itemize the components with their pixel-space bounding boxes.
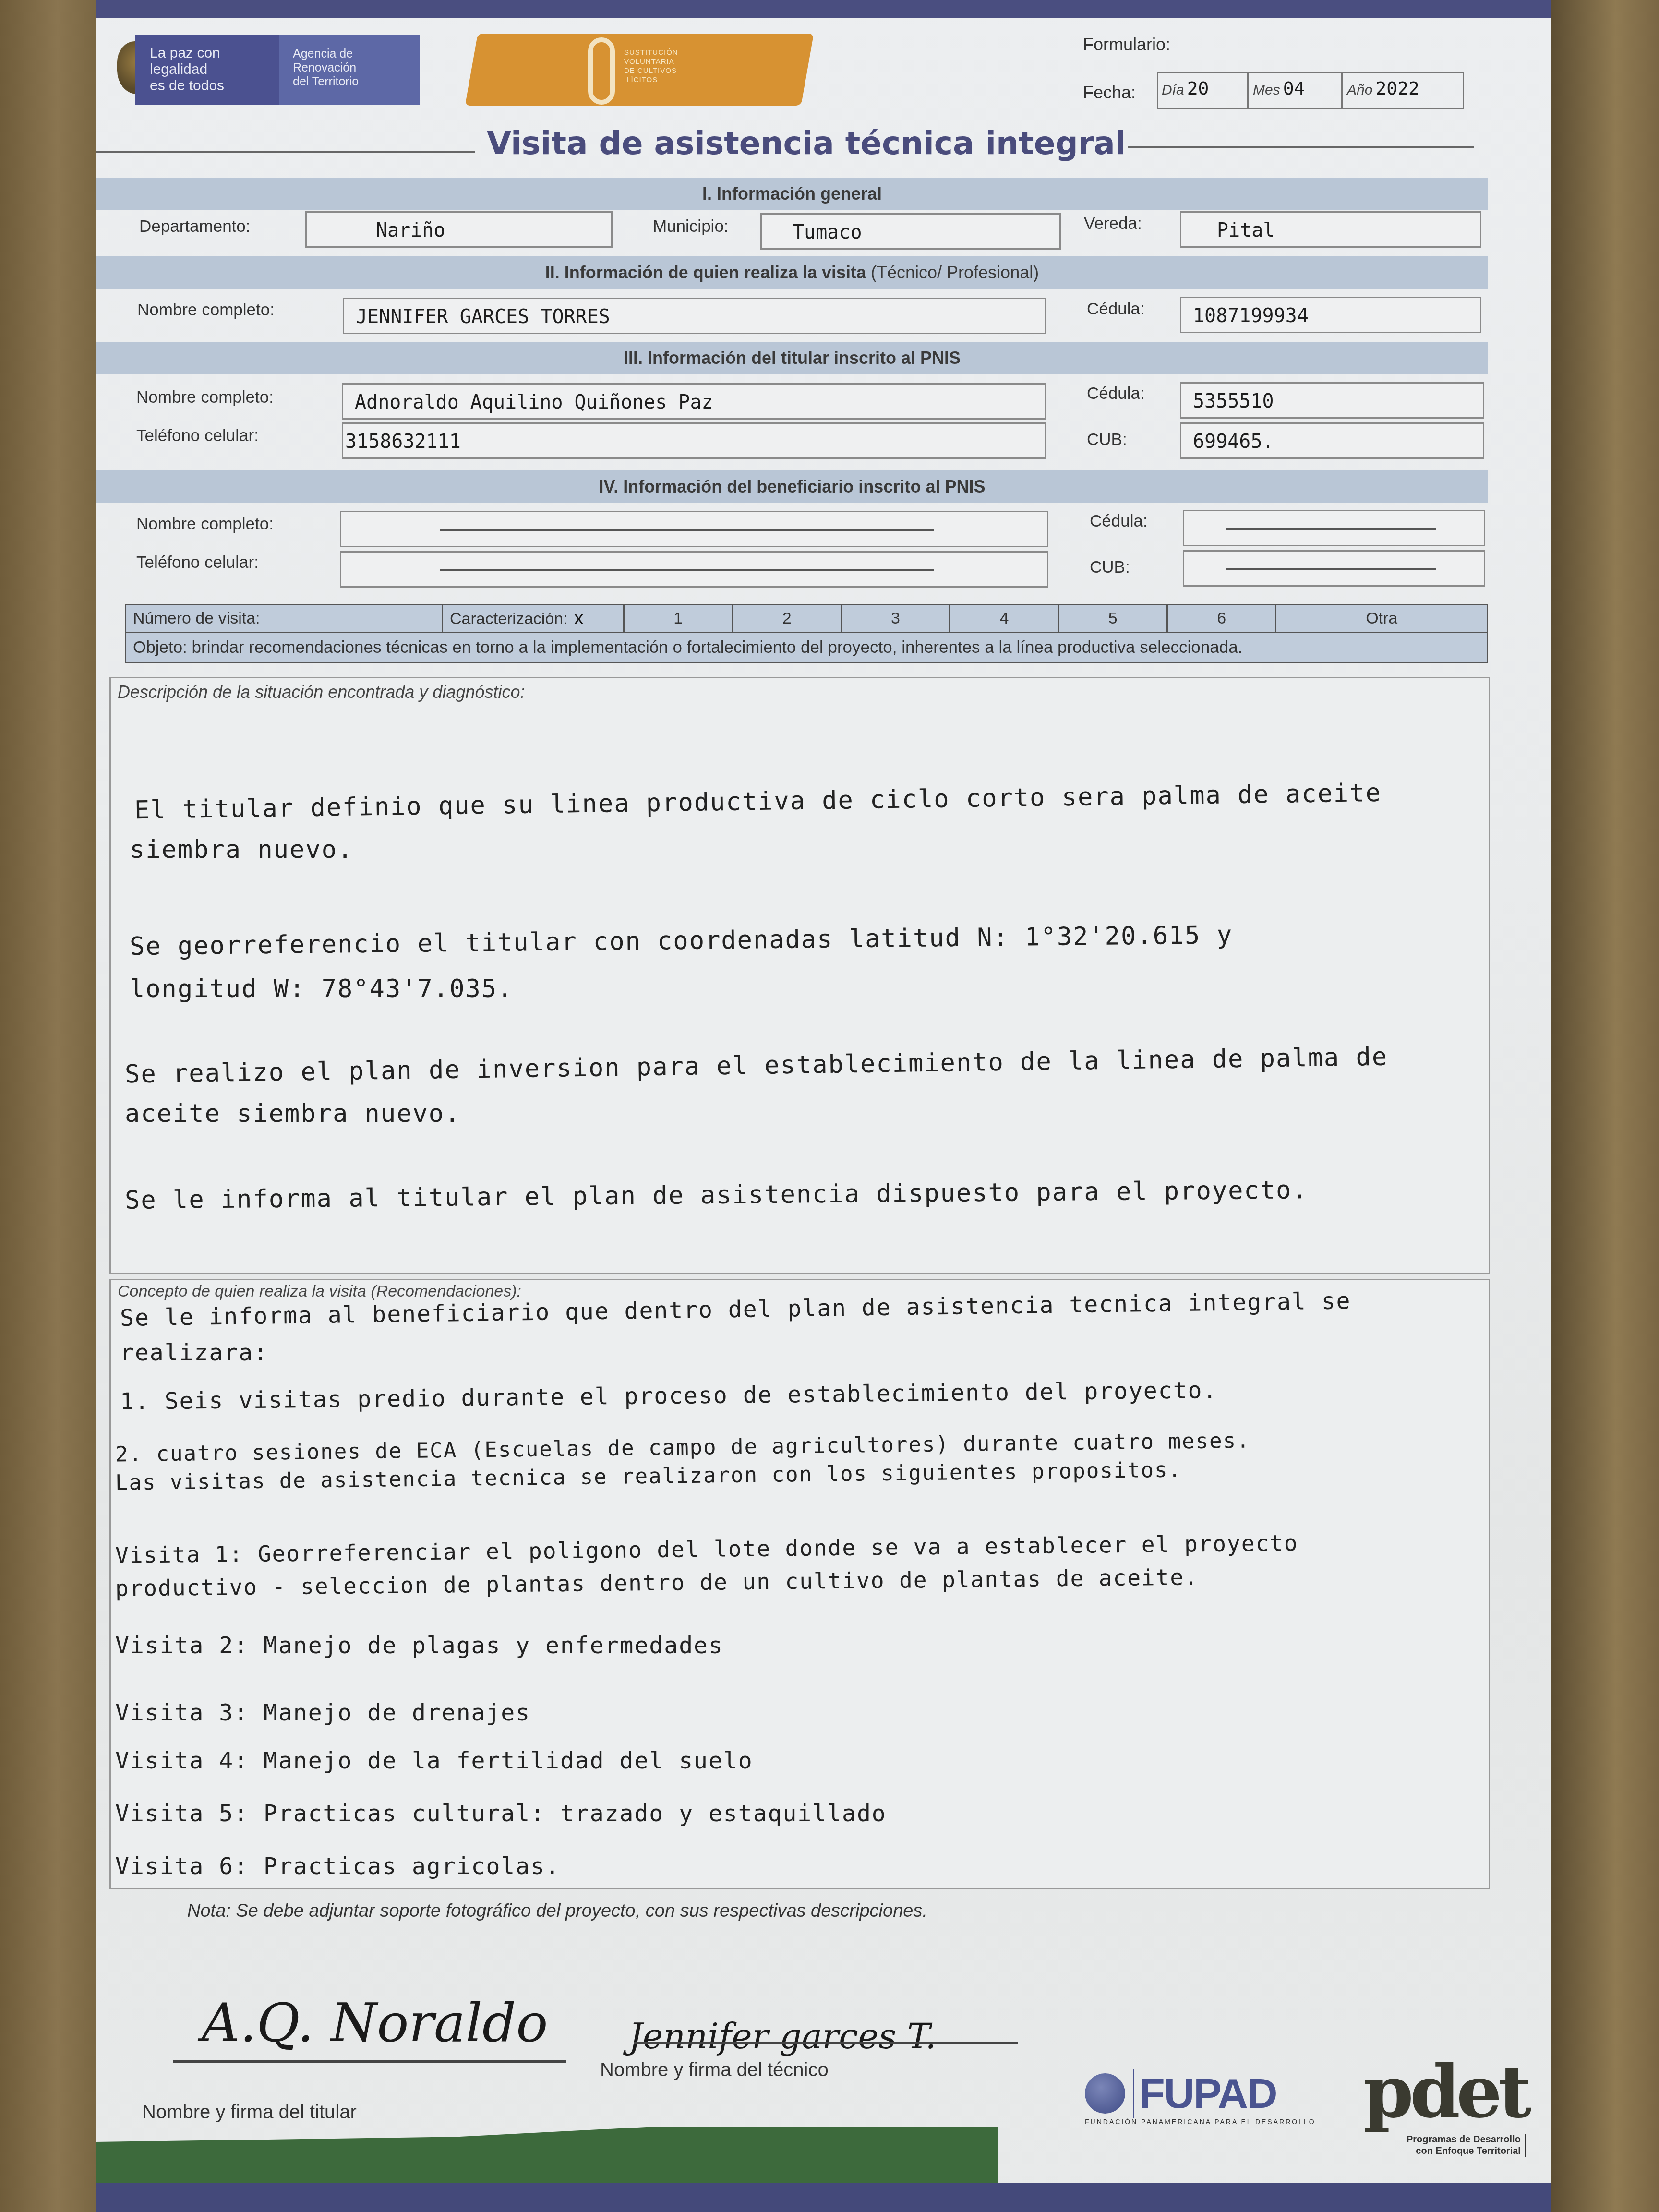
pnis-line: Voluntaria (624, 57, 678, 66)
titular-telefono-label: Teléfono celular: (136, 426, 259, 445)
photo-note: Nota: Se debe adjuntar soporte fotográfi… (187, 1901, 927, 1922)
concepto-line: Visita 5: Practicas cultural: trazado y … (115, 1800, 887, 1827)
agency-line: Renovación (293, 61, 406, 75)
pnis-logo-text: Sustitución Voluntaria de Cultivos Ilíci… (624, 48, 678, 84)
titular-cub-value: 699465. (1193, 431, 1274, 453)
day-value: 20 (1187, 78, 1209, 99)
visit-number-row: Número de visita: Caracterización:x 1 2 … (126, 605, 1488, 633)
agency-line: Agencia de (293, 47, 406, 61)
date-fields: Día 20 Mes 04 Año 2022 (1157, 72, 1464, 109)
tecnico-signature-line (634, 2042, 1018, 2044)
government-brand-logo: La paz con legalidad es de todos Agencia… (135, 35, 420, 105)
titular-signature-line (173, 2060, 566, 2063)
visit-option-3[interactable]: 3 (841, 605, 950, 633)
tecnico-cedula-label: Cédula: (1087, 300, 1145, 319)
section-heading-beneficiario: IV. Información del beneficiario inscrit… (96, 470, 1488, 503)
visit-option-otra[interactable]: Otra (1276, 605, 1488, 633)
brand-line: La paz con (150, 45, 265, 61)
section-heading-general: I. Información general (96, 178, 1488, 210)
titular-cedula-label: Cédula: (1087, 384, 1145, 403)
tecnico-signature: Jennifer garces T. (629, 2016, 936, 2056)
concepto-line: realizara: (120, 1339, 268, 1366)
formulario-label: Formulario: (1083, 35, 1170, 55)
beneficiario-cub-field[interactable] (1183, 550, 1485, 587)
departamento-label: Departamento: (139, 217, 251, 236)
descripcion-line: siembra nuevo. (130, 835, 353, 864)
visit-option-4[interactable]: 4 (950, 605, 1058, 633)
year-label: Año (1347, 82, 1372, 98)
beneficiario-telefono-field[interactable] (340, 551, 1048, 588)
brand-line: legalidad (150, 61, 265, 78)
municipio-label: Municipio: (653, 217, 729, 236)
tecnico-signature-caption: Nombre y firma del técnico (600, 2059, 829, 2081)
visit-option-caracterizacion[interactable]: Caracterización:x (443, 605, 624, 633)
fupad-wordmark: FUPAD (1133, 2069, 1277, 2118)
section-heading-tecnico: II. Información de quien realiza la visi… (96, 256, 1488, 289)
beneficiario-cedula-field[interactable] (1183, 510, 1485, 546)
titular-cub-label: CUB: (1087, 430, 1127, 449)
pnis-line: Ilícitos (624, 75, 678, 84)
title-divider (1128, 146, 1474, 148)
fupad-logo: FUPAD (1085, 2069, 1277, 2118)
beneficiario-telefono-label: Teléfono celular: (136, 553, 259, 572)
title-row: Visita de asistencia técnica integral (96, 125, 1488, 163)
form-paper: La paz con legalidad es de todos Agencia… (96, 0, 1551, 2212)
month-value: 04 (1283, 78, 1305, 99)
pdet-subtitle-line: Programas de Desarrollo (1407, 2134, 1521, 2145)
tecnico-nombre-label: Nombre completo: (137, 301, 275, 320)
brand-line: es de todos (150, 78, 265, 94)
month-label: Mes (1253, 82, 1280, 98)
titular-signature-caption: Nombre y firma del titular (142, 2102, 357, 2123)
descripcion-line: longitud W: 78°43'7.035. (130, 974, 513, 1003)
fupad-subtitle: FUNDACIÓN PANAMERICANA PARA EL DESARROLL… (1085, 2118, 1316, 2126)
objective-row: Objeto: brindar recomendaciones técnicas… (126, 633, 1488, 663)
concepto-line: Visita 2: Manejo de plagas y enfermedade… (115, 1632, 723, 1659)
titular-nombre-value: Adnoraldo Aquilino Quiñones Paz (355, 391, 713, 413)
visit-number-table: Número de visita: Caracterización:x 1 2 … (125, 604, 1488, 663)
titular-telefono-value: 3158632111 (345, 431, 461, 453)
titular-nombre-label: Nombre completo: (136, 388, 274, 407)
tecnico-heading-suffix: (Técnico/ Profesional) (871, 263, 1039, 282)
objective-text: Objeto: brindar recomendaciones técnicas… (126, 633, 1488, 663)
departamento-value: Nariño (376, 219, 445, 241)
beneficiario-cub-label: CUB: (1090, 558, 1130, 577)
year-field[interactable]: Año 2022 (1342, 72, 1464, 109)
concepto-line: Visita 6: Practicas agricolas. (115, 1853, 560, 1880)
title-divider (96, 151, 475, 153)
vereda-field[interactable]: Pital (1180, 211, 1481, 248)
municipio-field[interactable]: Tumaco (760, 213, 1061, 250)
agency-line: del Territorio (293, 75, 406, 89)
visit-number-label: Número de visita: (126, 605, 443, 633)
pdet-subtitle: Programas de Desarrollo con Enfoque Terr… (1407, 2134, 1526, 2157)
departamento-field[interactable]: Nariño (305, 211, 613, 248)
visit-option-6[interactable]: 6 (1167, 605, 1276, 633)
tecnico-nombre-field[interactable]: JENNIFER GARCES TORRES (343, 298, 1046, 334)
tecnico-heading-text: II. Información de quien realiza la visi… (545, 263, 866, 282)
pdet-subtitle-line: con Enfoque Territorial (1407, 2145, 1521, 2157)
page-title: Visita de asistencia técnica integral (487, 125, 1126, 162)
footer-navy-band (96, 2183, 1551, 2212)
tecnico-cedula-value: 1087199934 (1193, 305, 1309, 327)
visit-option-1[interactable]: 1 (624, 605, 733, 633)
pdet-logo: pdet (1363, 2050, 1528, 2134)
top-band (96, 0, 1551, 18)
vereda-label: Vereda: (1084, 214, 1142, 233)
wood-background-right (1551, 0, 1659, 2212)
section-heading-titular: III. Información del titular inscrito al… (96, 342, 1488, 374)
vereda-value: Pital (1217, 219, 1274, 241)
titular-signature: A.Q. Noraldo (202, 1992, 548, 2054)
caracterizacion-label: Caracterización: (450, 610, 568, 628)
descripcion-label: Descripción de la situación encontrada y… (111, 678, 1489, 706)
visit-option-5[interactable]: 5 (1058, 605, 1167, 633)
titular-nombre-field[interactable]: Adnoraldo Aquilino Quiñones Paz (342, 383, 1046, 420)
descripcion-line: aceite siembra nuevo. (125, 1099, 460, 1128)
pnis-line: Sustitución (624, 48, 678, 57)
tecnico-cedula-field[interactable]: 1087199934 (1180, 297, 1481, 333)
agency-name: Agencia de Renovación del Territorio (279, 35, 420, 105)
municipio-value: Tumaco (793, 221, 862, 243)
caracterizacion-check-mark: x (574, 609, 584, 628)
beneficiario-nombre-field[interactable] (340, 511, 1048, 547)
tecnico-nombre-value: JENNIFER GARCES TORRES (356, 306, 610, 328)
pnis-line: de Cultivos (624, 66, 678, 75)
visit-option-2[interactable]: 2 (733, 605, 841, 633)
beneficiario-cedula-label: Cédula: (1090, 512, 1148, 531)
globe-icon (1085, 2073, 1125, 2114)
day-label: Día (1162, 82, 1184, 98)
concepto-line: Visita 3: Manejo de drenajes (115, 1699, 530, 1726)
concepto-line: Visita 4: Manejo de la fertilidad del su… (115, 1747, 753, 1774)
month-field[interactable]: Mes 04 (1248, 72, 1342, 109)
brand-slogan: La paz con legalidad es de todos (135, 35, 279, 105)
day-field[interactable]: Día 20 (1157, 72, 1248, 109)
titular-cedula-field[interactable]: 5355510 (1180, 382, 1484, 419)
titular-cedula-value: 5355510 (1193, 390, 1274, 412)
titular-cub-field[interactable]: 699465. (1180, 422, 1484, 459)
beneficiario-nombre-label: Nombre completo: (136, 515, 274, 534)
titular-telefono-field[interactable]: 3158632111 (342, 422, 1046, 459)
year-value: 2022 (1375, 78, 1419, 99)
fecha-label: Fecha: (1083, 83, 1136, 103)
pnis-swirl-icon (588, 37, 615, 105)
